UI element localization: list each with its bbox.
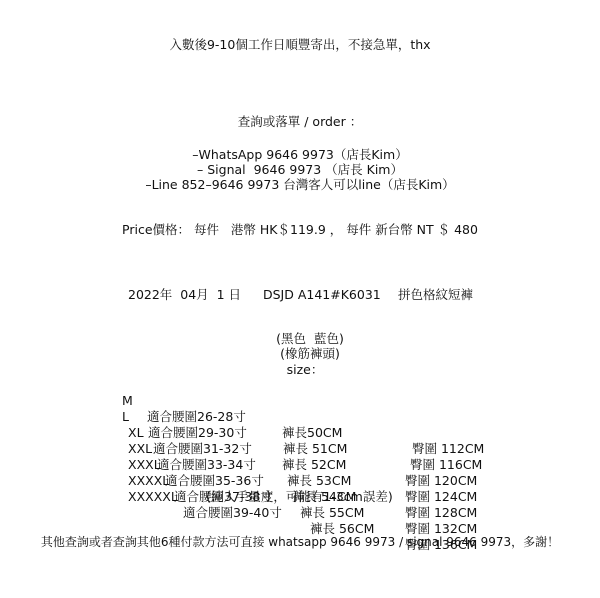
product-date: 2022年 04月 1 日: [128, 286, 241, 303]
size-row: XXXXXL 適合腰圍39-40寸 褲長 56CM 臀圍 136CM: [0, 473, 16, 569]
contact-heading: 查詢或落單 / order ：: [0, 113, 600, 130]
shipping-notice: 入數後9-10個工作日順豐寄出，不接急單，thx: [0, 36, 600, 53]
size-label: size：: [10, 361, 600, 378]
contact-line: –Line 852–9646 9973 台灣客人可以line（店長Kim）: [0, 176, 600, 193]
waistband-type: (橡筋褲頭): [20, 345, 600, 362]
footer-contact: 其他查詢或者查詢其他6種付款方法可直接 whatsapp 9646 9973 /…: [0, 534, 600, 551]
product-name: 拼色格紋短褲: [398, 286, 473, 303]
measurement-note: (純人手量度，可能有1-3cm誤差): [206, 488, 393, 505]
product-code: DSJD A141#K6031: [263, 286, 381, 303]
price-info: Price價格： 每件 港幣 HK＄119.9 ， 每件 新台幣 NT ＄ 48…: [0, 221, 600, 238]
